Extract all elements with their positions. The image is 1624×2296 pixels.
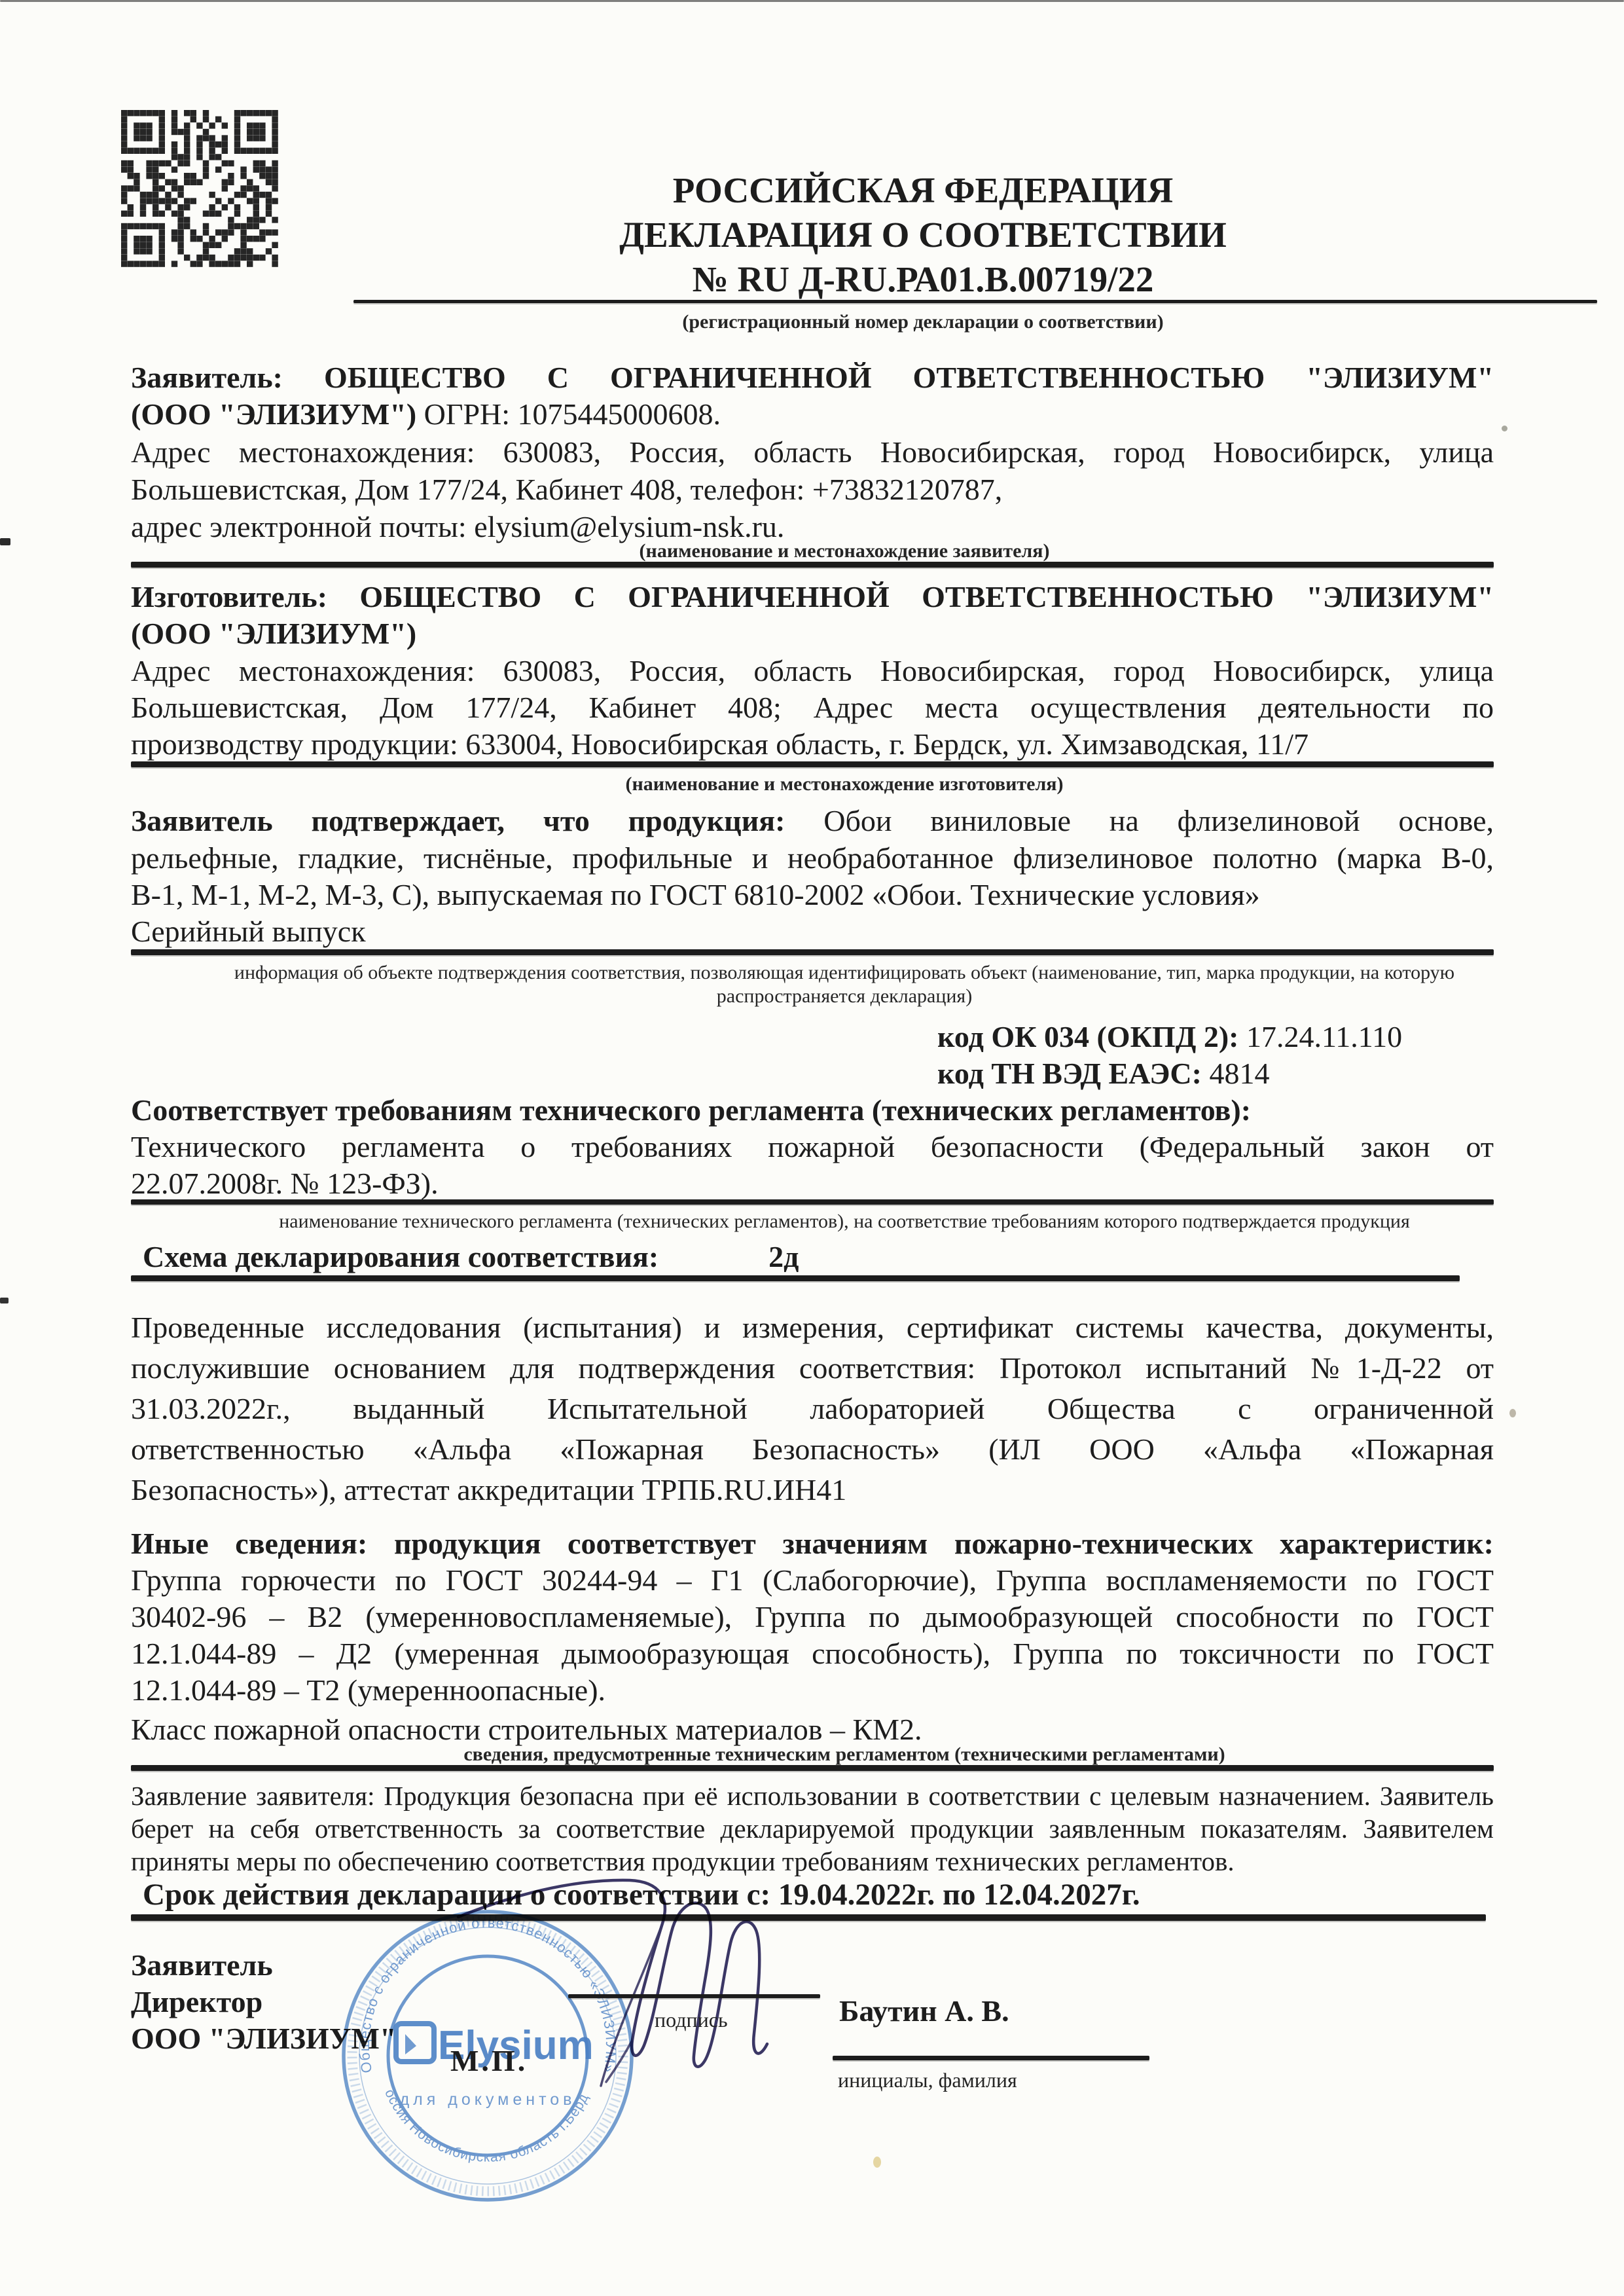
other-info-line-2: 30402-96 – В2 (умеренновоспламеняемые), … — [131, 1599, 1494, 1635]
manufacturer-address-3: производству продукции: 633004, Новосиби… — [131, 726, 1494, 763]
paper-speck-3 — [873, 2157, 881, 2168]
signer-name-line — [833, 2056, 1149, 2060]
statement-line-1: Заявление заявителя: Продукция безопасна… — [131, 1779, 1494, 1812]
header-country: РОССИЙСКАЯ ФЕДЕРАЦИЯ — [249, 169, 1597, 212]
okpd-value: 17.24.11.110 — [1246, 1020, 1402, 1053]
manufacturer-name: Изготовитель: ОБЩЕСТВО С ОГРАНИЧЕННОЙ ОТ… — [131, 579, 1494, 615]
tnved-label: код ТН ВЭД ЕАЭС: — [937, 1057, 1209, 1090]
other-info-heading: Иные сведения: продукция соответствует з… — [131, 1525, 1494, 1562]
product-line-2: рельефные, гладкие, тиснёные, профильные… — [131, 840, 1494, 877]
product-serial: Серийный выпуск — [131, 913, 1494, 950]
declaration-document: РОССИЙСКАЯ ФЕДЕРАЦИЯ ДЕКЛАРАЦИЯ О СООТВЕ… — [0, 0, 1624, 2296]
manufacturer-address-2: Большевистская, Дом 177/24, Кабинет 408;… — [131, 689, 1494, 726]
scheme-value: 2д — [768, 1240, 799, 1273]
scan-mark-left-1 — [0, 538, 10, 545]
validity-period: Срок действия декларации о соответствии … — [143, 1876, 1506, 1913]
statement-line-2: берет на себя ответственность за соответ… — [131, 1812, 1494, 1845]
signer-role-director: Директор — [131, 1984, 1494, 2020]
signature-stroke-flick — [606, 2040, 632, 2082]
other-info-caption: сведения, предусмотренные техническим ре… — [164, 1743, 1525, 1766]
compliance-line-1: Технического регламента о требованиях по… — [131, 1129, 1494, 1165]
document-title: ДЕКЛАРАЦИЯ О СООТВЕТСТВИИ — [249, 213, 1597, 257]
product-line-3: В-1, М-1, М-2, М-3, С), выпускаемая по Г… — [131, 877, 1494, 913]
section-rule-6 — [131, 1765, 1494, 1771]
signature-stroke-main — [458, 1880, 767, 2067]
section-rule-3 — [131, 949, 1494, 955]
applicant-caption: (наименование и местонахождение заявител… — [164, 539, 1525, 563]
compliance-line-2: 22.07.2008г. № 123-ФЗ). — [131, 1165, 1494, 1202]
signer-name: Баутин А. В. — [839, 1993, 1009, 2030]
manufacturer-short-name: (ООО "ЭЛИЗИУМ") — [131, 615, 1494, 652]
section-rule-2 — [131, 761, 1494, 767]
declaration-number-caption: (регистрационный номер декларации о соот… — [249, 310, 1597, 334]
section-rule-5 — [131, 1275, 1460, 1281]
product-name: Обои виниловые на флизелиновой основе, — [785, 804, 1494, 837]
other-info-line-3: 12.1.044-89 – Д2 (умеренная дымообразующ… — [131, 1635, 1494, 1672]
compliance-heading: Соответствует требованиям технического р… — [131, 1092, 1494, 1129]
compliance-caption: наименование технического регламента (те… — [164, 1210, 1525, 1233]
scan-mark-left-2 — [0, 1298, 9, 1303]
paper-speck-2 — [1509, 1409, 1516, 1417]
signature-line — [568, 1994, 820, 1998]
applicant-ogrn-value: ОГРН: 1075445000608. — [416, 397, 721, 431]
other-info-line-4: 12.1.044-89 – Т2 (умеренноопасные). — [131, 1672, 1494, 1709]
stamp-logo-mark — [405, 2034, 416, 2054]
applicant-address-1: Адрес местонахождения: 630083, Россия, о… — [131, 434, 1494, 471]
other-info-line-1: Группа горючести по ГОСТ 30244-94 – Г1 (… — [131, 1562, 1494, 1599]
signer-role-applicant: Заявитель — [131, 1947, 1494, 1984]
scheme-line: Схема декларирования соответствия:2д — [143, 1239, 1506, 1275]
scheme-label: Схема декларирования соответствия: — [143, 1240, 659, 1273]
header-rule — [353, 300, 1597, 303]
signature-stroke-descender — [601, 1923, 662, 2086]
scan-edge-top — [0, 0, 1624, 2]
product-caption-2: распространяется декларация) — [164, 985, 1525, 1008]
okpd-label: код ОК 034 (ОКПД 2): — [937, 1020, 1246, 1053]
manufacturer-address-1: Адрес местонахождения: 630083, Россия, о… — [131, 653, 1494, 689]
section-rule-1 — [131, 562, 1494, 568]
applicant-ogrn: (ООО "ЭЛИЗИУМ") ОГРН: 1075445000608. — [131, 396, 1494, 433]
evidence-line-3: 31.03.2022г., выданный Испытательной лаб… — [131, 1391, 1494, 1427]
paper-speck-1 — [1502, 426, 1507, 431]
product-caption-1: информация об объекте подтверждения соот… — [164, 961, 1525, 985]
signer-name-caption: инициалы, фамилия — [838, 2068, 1017, 2092]
statement-line-3: приняты меры по обеспечению соответствия… — [131, 1845, 1494, 1878]
evidence-line-5: Безопасность»), аттестат аккредитации ТР… — [131, 1472, 1494, 1508]
okpd-code-line: код ОК 034 (ОКПД 2): 17.24.11.110 — [937, 1019, 1402, 1055]
tnved-code-line: код ТН ВЭД ЕАЭС: 4814 — [937, 1055, 1269, 1092]
product-line-1: Заявитель подтверждает, что продукция: О… — [131, 803, 1494, 839]
evidence-line-4: ответственностью «Альфа «Пожарная Безопа… — [131, 1431, 1494, 1468]
applicant-name: Заявитель: ОБЩЕСТВО С ОГРАНИЧЕННОЙ ОТВЕТ… — [131, 359, 1494, 396]
director-signature — [419, 1855, 812, 2117]
evidence-line-1: Проведенные исследования (испытания) и и… — [131, 1309, 1494, 1346]
manufacturer-caption: (наименование и местонахождение изготови… — [164, 773, 1525, 796]
signer-company: ООО "ЭЛИЗИУМ" — [131, 2020, 1494, 2057]
signature-caption: подпись — [655, 2007, 728, 2032]
product-confirm-label: Заявитель подтверждает, что продукция: — [131, 804, 785, 837]
applicant-short-name: (ООО "ЭЛИЗИУМ") — [131, 397, 416, 431]
applicant-address-2: Большевистская, Дом 177/24, Кабинет 408,… — [131, 471, 1494, 508]
section-rule-4 — [131, 1199, 1494, 1205]
evidence-line-2: послужившие основанием для подтверждения… — [131, 1350, 1494, 1387]
tnved-value: 4814 — [1209, 1057, 1269, 1090]
declaration-number: № RU Д-RU.РА01.В.00719/22 — [249, 258, 1597, 301]
